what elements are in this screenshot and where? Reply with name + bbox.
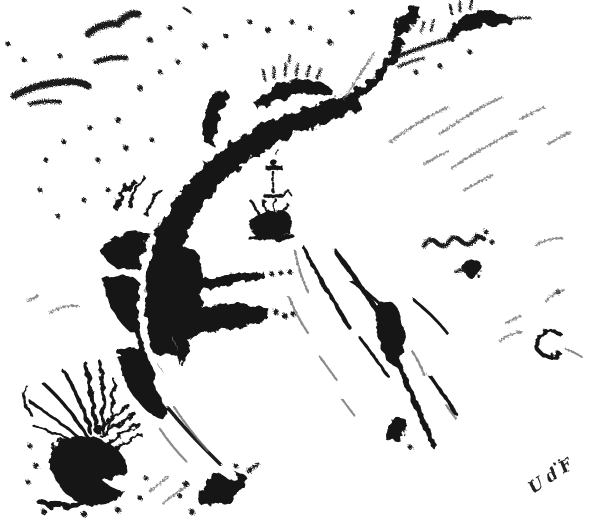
sprig [285,64,286,76]
signature-dot [558,459,560,461]
sprig [289,55,290,62]
signature-dot [554,463,557,466]
lantern-dome [271,160,277,165]
foliage-knot [464,259,482,278]
sketch-canvas: UdF [0,0,600,521]
lantern-cap [266,166,282,169]
charcoal-sketch: UdF [0,0,600,521]
